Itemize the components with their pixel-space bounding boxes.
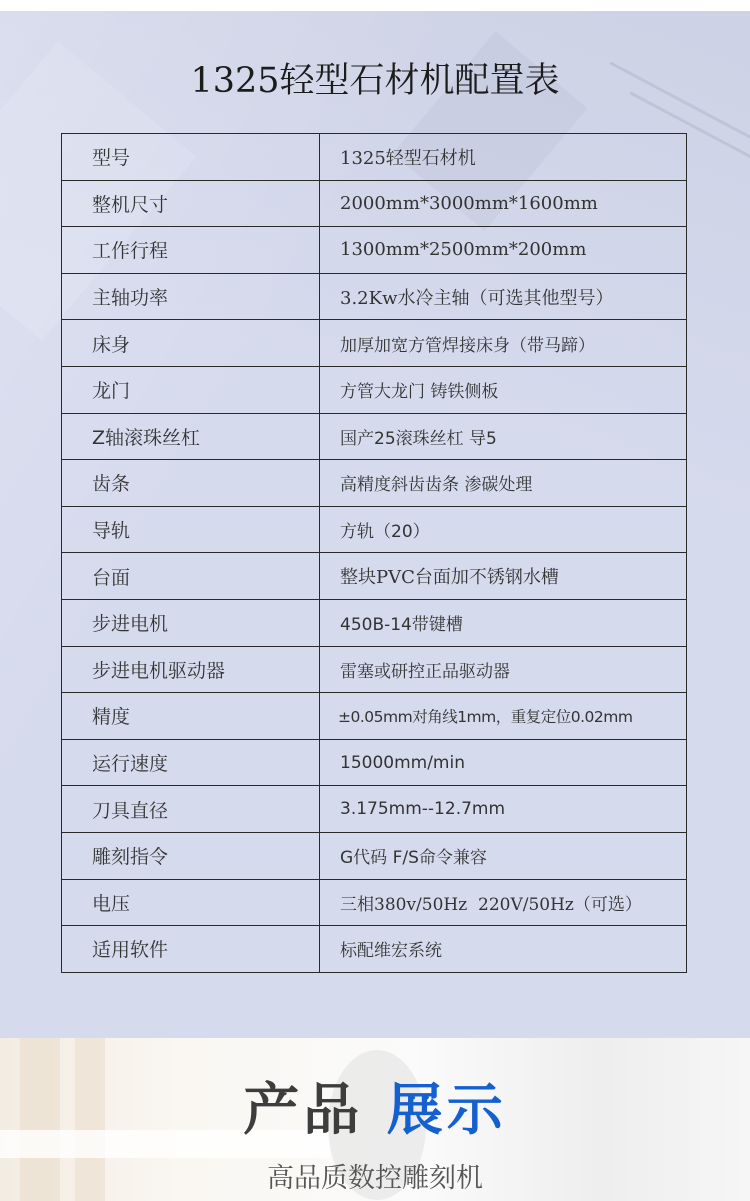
spec-value: 450B-14带键槽 [320,599,687,646]
table-row: 齿条高精度斜齿齿条 渗碳处理 [62,460,687,507]
spec-label: 步进电机 [62,599,320,646]
spec-label: 床身 [62,320,320,367]
spec-value: 方管大龙门 铸铁侧板 [320,366,687,413]
table-row: 步进电机驱动器雷塞或研控正品驱动器 [62,646,687,693]
table-row: 导轨方轨（20） [62,506,687,553]
spec-label: 龙门 [62,366,320,413]
table-row: 刀具直径3.175mm--12.7mm [62,786,687,833]
table-row: 龙门方管大龙门 铸铁侧板 [62,366,687,413]
section-title-accent: 展示 [387,1078,507,1143]
spec-value: G代码 F/S命令兼容 [320,832,687,879]
table-row: 整机尺寸2000mm*3000mm*1600mm [62,180,687,227]
spec-label: 运行速度 [62,739,320,786]
table-row: 电压三相380v/50Hz 220V/50Hz（可选） [62,879,687,926]
spec-value: ±0.05mm对角线1mm，重复定位0.02mm [320,693,687,740]
spec-label: 雕刻指令 [62,832,320,879]
spec-label: 刀具直径 [62,786,320,833]
spec-value: 15000mm/min [320,739,687,786]
spec-label: 适用软件 [62,926,320,973]
table-row: 步进电机450B-14带键槽 [62,599,687,646]
spec-value: 3.2Kw水冷主轴（可选其他型号） [320,273,687,320]
spec-value: 1300mm*2500mm*200mm [320,227,687,274]
section-subtitle: 高品质数控雕刻机 [0,1156,750,1195]
section-title: 产品 展示 [0,1066,750,1146]
spec-value: 整块PVC台面加不锈钢水槽 [320,553,687,600]
spec-label: 导轨 [62,506,320,553]
table-row: 工作行程1300mm*2500mm*200mm [62,227,687,274]
spec-value: 三相380v/50Hz 220V/50Hz（可选） [320,879,687,926]
table-row: 主轴功率3.2Kw水冷主轴（可选其他型号） [62,273,687,320]
table-row: 精度±0.05mm对角线1mm，重复定位0.02mm [62,693,687,740]
spec-section: 1325轻型石材机配置表 型号1325轻型石材机 整机尺寸2000mm*3000… [0,11,750,1038]
spec-value: 2000mm*3000mm*1600mm [320,180,687,227]
spec-label: 工作行程 [62,227,320,274]
spec-label: 整机尺寸 [62,180,320,227]
spec-label: 台面 [62,553,320,600]
section-title-dark: 产品 [243,1078,363,1143]
spec-table: 型号1325轻型石材机 整机尺寸2000mm*3000mm*1600mm 工作行… [61,133,687,973]
product-showcase-banner: 产品 展示 高品质数控雕刻机 [0,1038,750,1201]
table-row: 台面整块PVC台面加不锈钢水槽 [62,553,687,600]
table-row: 运行速度15000mm/min [62,739,687,786]
spec-label: 主轴功率 [62,273,320,320]
spec-label: Z轴滚珠丝杠 [62,413,320,460]
spec-value: 标配维宏系统 [320,926,687,973]
spec-label: 型号 [62,134,320,181]
spec-value: 3.175mm--12.7mm [320,786,687,833]
spec-value: 高精度斜齿齿条 渗碳处理 [320,460,687,507]
spec-value: 加厚加宽方管焊接床身（带马蹄） [320,320,687,367]
spec-label: 精度 [62,693,320,740]
spec-label: 齿条 [62,460,320,507]
table-row: Z轴滚珠丝杠国产25滚珠丝杠 导5 [62,413,687,460]
spec-value: 方轨（20） [320,506,687,553]
table-row: 雕刻指令G代码 F/S命令兼容 [62,832,687,879]
table-row: 型号1325轻型石材机 [62,134,687,181]
table-row: 床身加厚加宽方管焊接床身（带马蹄） [62,320,687,367]
spec-value: 1325轻型石材机 [320,134,687,181]
spec-value: 雷塞或研控正品驱动器 [320,646,687,693]
page-title: 1325轻型石材机配置表 [0,53,750,103]
spec-value: 国产25滚珠丝杠 导5 [320,413,687,460]
spec-label: 电压 [62,879,320,926]
table-row: 适用软件标配维宏系统 [62,926,687,973]
spec-label: 步进电机驱动器 [62,646,320,693]
